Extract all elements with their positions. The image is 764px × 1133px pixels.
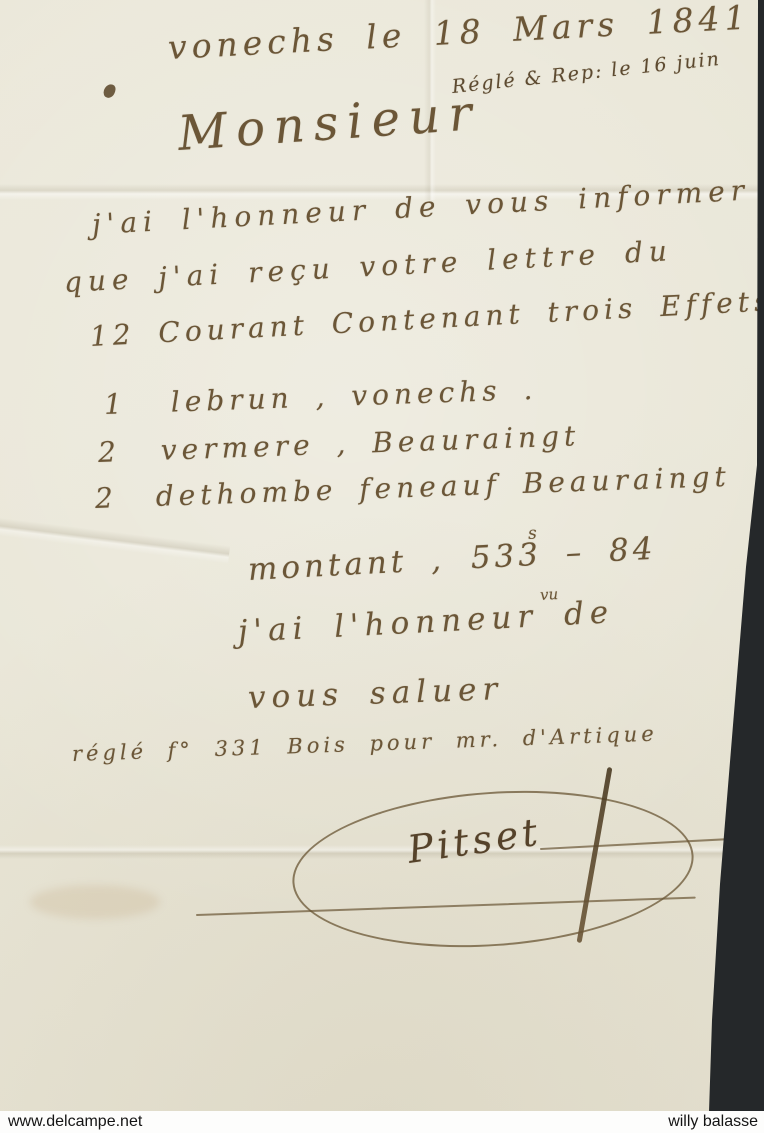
effect-number: 2	[97, 435, 121, 469]
amount-superscript: s	[527, 523, 537, 544]
paper-stain	[30, 885, 160, 919]
effect-number: 1	[103, 387, 127, 421]
effect-number: 2	[94, 481, 118, 515]
watermark-owner-text: willy balasse	[668, 1111, 758, 1133]
watermark-site-text: www.delcampe.net	[8, 1111, 142, 1133]
scanned-letter: vonechs le 18 Mars 1841 Réglé & Rep: le …	[0, 0, 764, 1133]
watermark-strip: www.delcampe.net willy balasse	[0, 1111, 764, 1133]
